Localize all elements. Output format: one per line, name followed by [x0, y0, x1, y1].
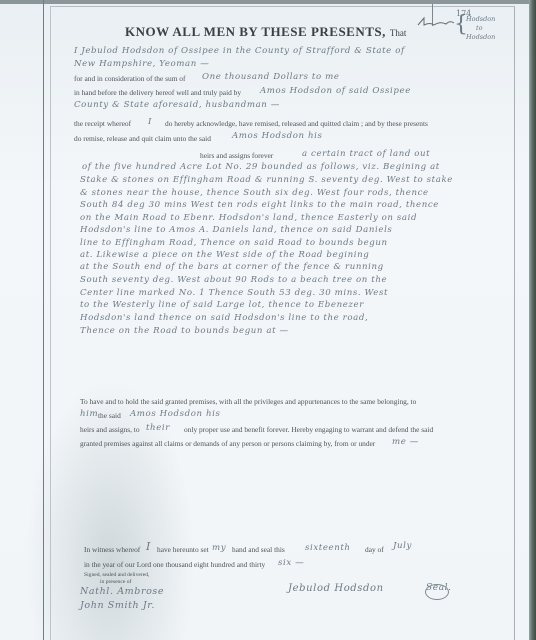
- receipt-who: I: [148, 117, 152, 127]
- description-line: Stake & stones on Effingham Road & runni…: [80, 175, 453, 185]
- scan-right-edge: [529, 0, 536, 640]
- habendum-grantee: Amos Hodsdon his: [130, 409, 221, 419]
- margin-grantee: Hodsdon: [466, 33, 495, 42]
- witness-label-c: hand and seal this: [232, 545, 285, 554]
- use-label-a: heirs and assigns, to: [80, 425, 140, 434]
- consideration-amount: One thousand Dollars to me: [202, 72, 340, 82]
- description-line: South seventy deg. West about 90 Rods to…: [80, 275, 387, 285]
- signed-label: Signed, sealed and delivered,: [84, 572, 149, 578]
- description-line: Center line marked No. 1 Thence South 53…: [80, 288, 388, 298]
- paid-by-label: in hand before the delivery hereof well …: [74, 88, 241, 97]
- witness-signature-2: John Smith Jr.: [80, 600, 155, 611]
- year-label: in the year of our Lord one thousand eig…: [84, 560, 265, 569]
- witness-whose: my: [212, 543, 226, 553]
- margin-to: to: [466, 24, 495, 33]
- grantor-line-1: I Jebulod Hodsdon of Ossipee in the Coun…: [74, 46, 405, 56]
- paid-by: Amos Hodsdon of said Ossipee: [260, 86, 411, 96]
- witness-label-b: have hereunto set: [157, 545, 209, 554]
- description-line: to the Westerly line of said Large lot, …: [80, 300, 364, 310]
- description-line: at. Likewise a piece on the West side of…: [80, 250, 369, 260]
- description-start: a certain tract of land out: [302, 149, 430, 159]
- grantor-signature: Jebulod Hodsdon: [288, 583, 384, 594]
- witness-who: I: [146, 540, 151, 553]
- month: July: [393, 541, 412, 551]
- warrant-label: granted premises against all claims or d…: [80, 439, 375, 448]
- description-line: of the five hundred Acre Lot No. 29 boun…: [82, 162, 440, 172]
- deed-heading: KNOW ALL MEN BY THESE PRESENTS,That: [125, 24, 406, 40]
- seal-icon: [425, 584, 449, 600]
- presence-label: in presence of: [100, 579, 131, 585]
- description-line: on the Main Road to Ebenr. Hodsdon's lan…: [80, 213, 417, 223]
- description-line: South 84 deg 30 mins West ten rods eight…: [80, 200, 439, 210]
- year-suffix: six —: [278, 558, 304, 568]
- description-line: Hodsdon's land thence on said Hodsdon's …: [80, 313, 368, 323]
- use-whose: their: [146, 423, 170, 433]
- consideration-label: for and in consideration of the sum of: [74, 74, 185, 83]
- scan-top-edge: [0, 0, 536, 4]
- heading-title: KNOW ALL MEN BY THESE PRESENTS,: [125, 24, 386, 39]
- habendum-said: the said: [98, 411, 121, 420]
- receipt-label-b: do hereby acknowledge, have remised, rel…: [165, 119, 428, 128]
- description-line: line to Effingham Road, Thence on said R…: [80, 238, 388, 248]
- description-line: at the South end of the bars at corner o…: [80, 262, 384, 272]
- margin-flourish-icon: [416, 16, 456, 28]
- remise-label: do remise, release and quit claim unto t…: [74, 134, 211, 143]
- margin-parties: Hodsdon to Hodsdon: [466, 15, 495, 42]
- warrant-who: me —: [392, 437, 419, 447]
- heading-that: That: [390, 28, 407, 38]
- day-of-label: day of: [365, 545, 384, 554]
- paid-by-cont: County & State aforesaid, husbandman —: [74, 100, 280, 110]
- habendum-line: To have and to hold the said granted pre…: [80, 397, 416, 406]
- fold-line: [43, 0, 44, 640]
- margin-grantor: Hodsdon: [466, 15, 495, 24]
- description-line: Thence on the Road to bounds begun at —: [80, 326, 289, 336]
- witness-label-a: In witness whereof: [84, 545, 140, 554]
- grantee-name: Amos Hodsdon his: [232, 131, 323, 141]
- receipt-label-a: the receipt whereof: [74, 119, 131, 128]
- heirs-label: heirs and assigns forever: [200, 151, 273, 160]
- grantor-line-2: New Hampshire, Yeoman —: [74, 59, 209, 69]
- description-line: & stones near the house, thence South si…: [80, 188, 429, 198]
- habendum-who: him: [80, 409, 98, 419]
- day: sixteenth: [305, 543, 351, 553]
- description-line: Hodsdon's line to Amos A. Daniels land, …: [80, 225, 392, 235]
- witness-signature-1: Nathl. Ambrose: [80, 586, 164, 597]
- use-label-b: only proper use and benefit forever. Her…: [184, 425, 433, 434]
